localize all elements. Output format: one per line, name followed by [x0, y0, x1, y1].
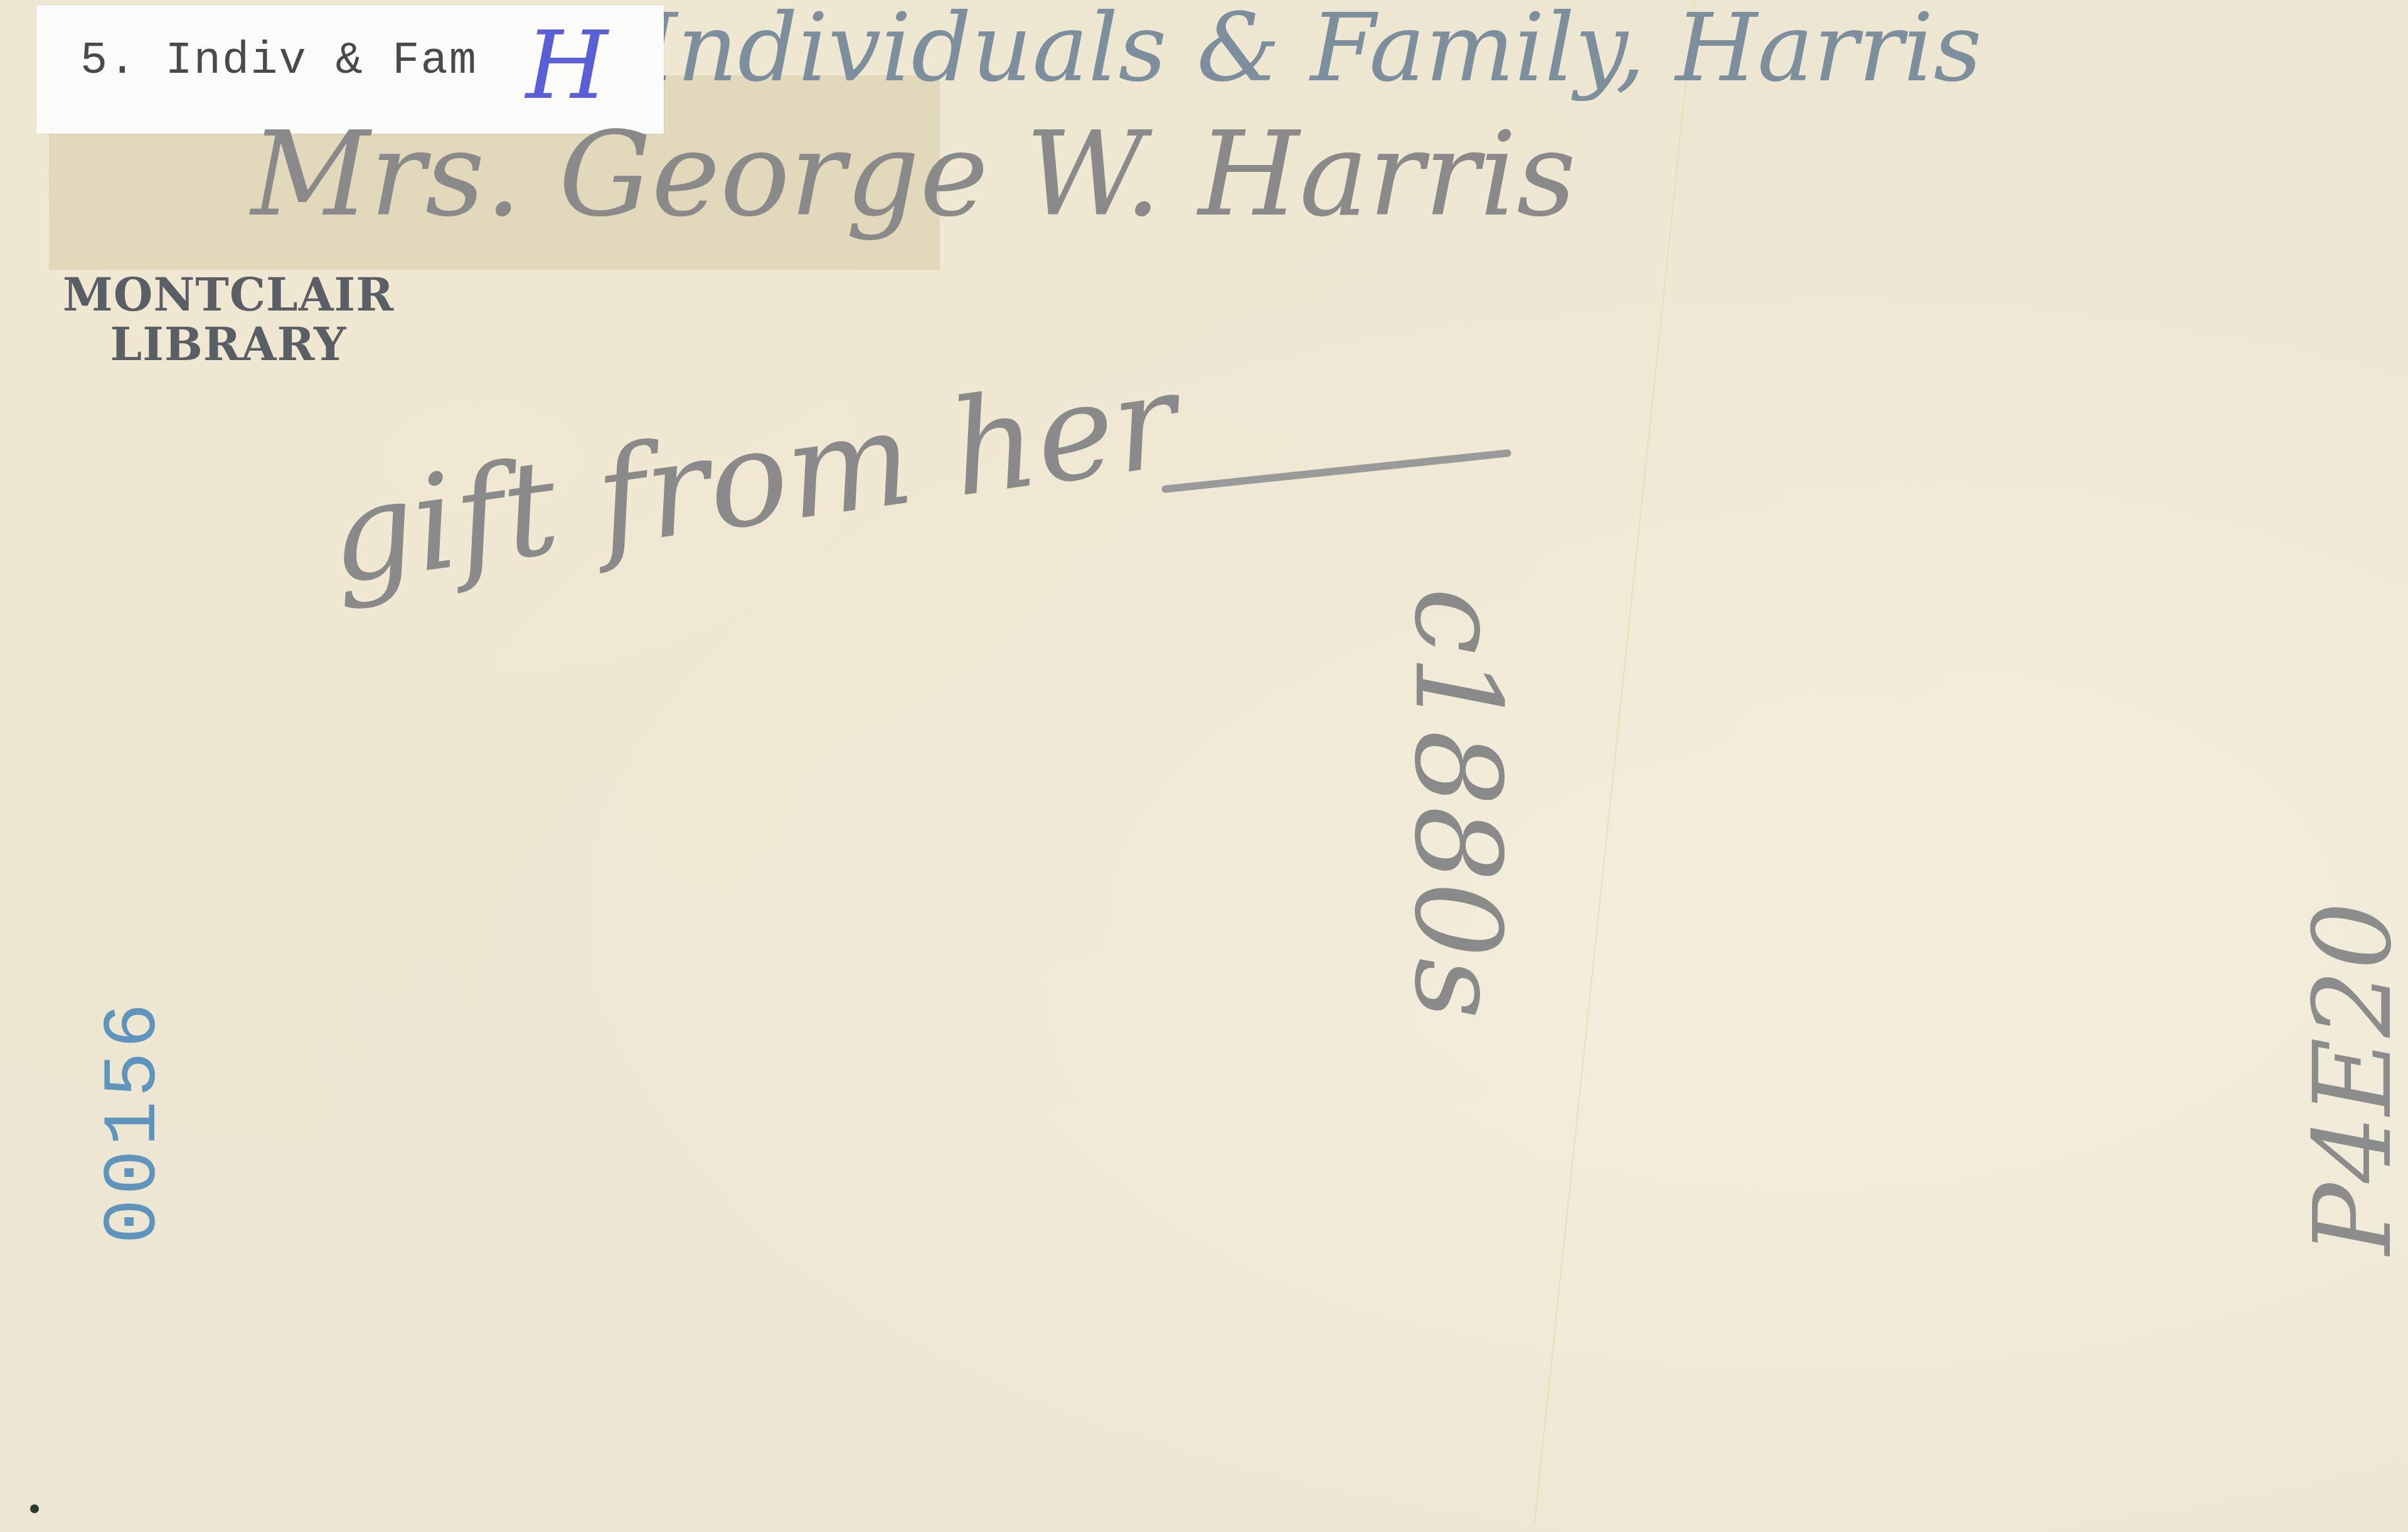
montclair-library-stamp: MONTCLAIR LIBRARY	[63, 270, 394, 369]
pencil-underline-stroke	[1161, 449, 1511, 493]
ink-spot	[30, 1504, 39, 1513]
label-typed-text: 5. Indiv & Fam	[80, 35, 477, 87]
ink-inscription-category: Individuals & Family, Harris	[640, 0, 1982, 103]
accession-number-stamp: 00156	[92, 999, 178, 1244]
pencil-subject-name: Mrs. George W. Harris	[251, 107, 1576, 242]
label-handwritten-letter: H	[526, 11, 608, 120]
photo-back-card: Individuals & Family, Harris 5. Indiv & …	[0, 0, 2408, 1532]
pencil-date-note: c1880s	[1388, 588, 1527, 1019]
stamp-line-2: LIBRARY	[63, 319, 394, 369]
pencil-catalog-number: P4E20	[2291, 902, 2408, 1255]
pencil-provenance-note: gift from her	[320, 343, 1187, 614]
stamp-line-1: MONTCLAIR	[63, 270, 394, 319]
